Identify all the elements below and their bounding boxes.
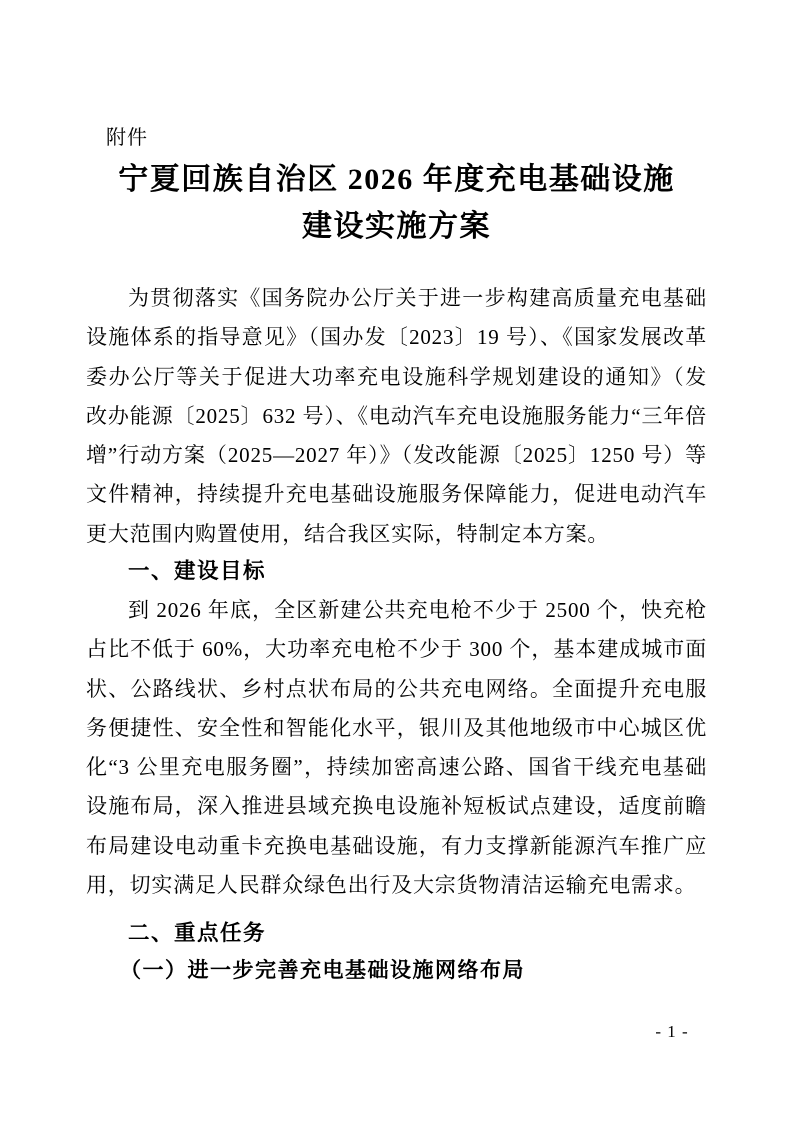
intro-paragraph: 为贯彻落实《国务院办公厅关于进一步构建高质量充电基础设施体系的指导意见》（国办发… (86, 279, 707, 554)
document-title-line2: 建设实施方案 (302, 210, 491, 243)
subsection-heading-network-layout: （一）进一步完善充电基础设施网络布局 (120, 956, 525, 984)
document-title-line1: 宁夏回族自治区 2026 年度充电基础设施 (118, 163, 675, 196)
page-number: - 1 - (637, 1021, 707, 1043)
section-heading-key-tasks: 二、重点任务 (128, 919, 266, 947)
section-heading-construction-goals: 一、建设目标 (128, 557, 266, 585)
goals-paragraph: 到 2026 年底，全区新建公共充电枪不少于 2500 个，快充枪占比不低于 6… (86, 591, 707, 905)
document-page: 附件 宁夏回族自治区 2026 年度充电基础设施 建设实施方案 为贯彻落实《国务… (0, 0, 793, 1122)
document-title: 宁夏回族自治区 2026 年度充电基础设施 建设实施方案 (60, 156, 733, 250)
attachment-label: 附件 (106, 126, 148, 150)
